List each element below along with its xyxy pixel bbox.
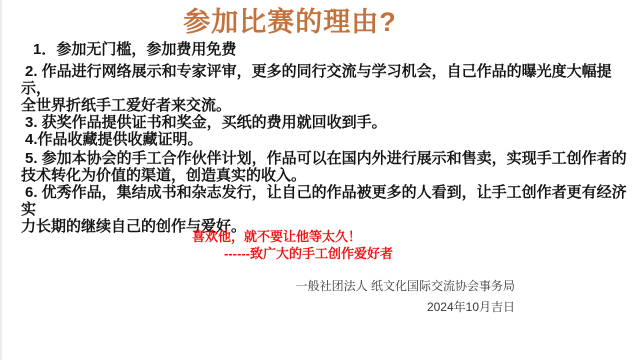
callout-line-2: ------致广大的手工创作爱好者 (224, 245, 393, 262)
reason-item-3: 3. 获奖作品提供证书和奖金，买纸的费用就回收到手。 (21, 114, 640, 131)
slide-title: 参加比赛的理由? (0, 7, 580, 37)
callout-block: 喜欢他，就不要让他等太久！ ------致广大的手工创作爱好者 (192, 228, 393, 262)
reason-item-2: 2. 作品进行网络展示和专家评审，更多的同行交流与学习机会，自己作品的曝光度大幅… (21, 63, 640, 114)
signature-organization: 一般社团法人 纸文化国际交流协会事务局 (296, 276, 515, 297)
reason-list: 1．参加无门槛，参加费用免费 2. 作品进行网络展示和专家评审，更多的同行交流与… (21, 41, 640, 235)
signature-date: 2024年10月吉日 (296, 297, 515, 318)
presentation-slide: 参加比赛的理由? 1．参加无门槛，参加费用免费 2. 作品进行网络展示和专家评审… (0, 0, 640, 360)
signature-block: 一般社团法人 纸文化国际交流协会事务局 2024年10月吉日 (296, 276, 515, 318)
reason-item-5: 5. 参加本协会的手工合作伙伴计划，作品可以在国内外进行展示和售卖，实现手工创作… (21, 150, 640, 184)
reason-item-4: 4.作品收藏提供收藏证明。 (21, 131, 640, 148)
slide-left-edge (0, 0, 2, 360)
callout-line-1: 喜欢他，就不要让他等太久！ (192, 228, 393, 245)
reason-item-1: 1．参加无门槛，参加费用免费 (21, 41, 640, 58)
